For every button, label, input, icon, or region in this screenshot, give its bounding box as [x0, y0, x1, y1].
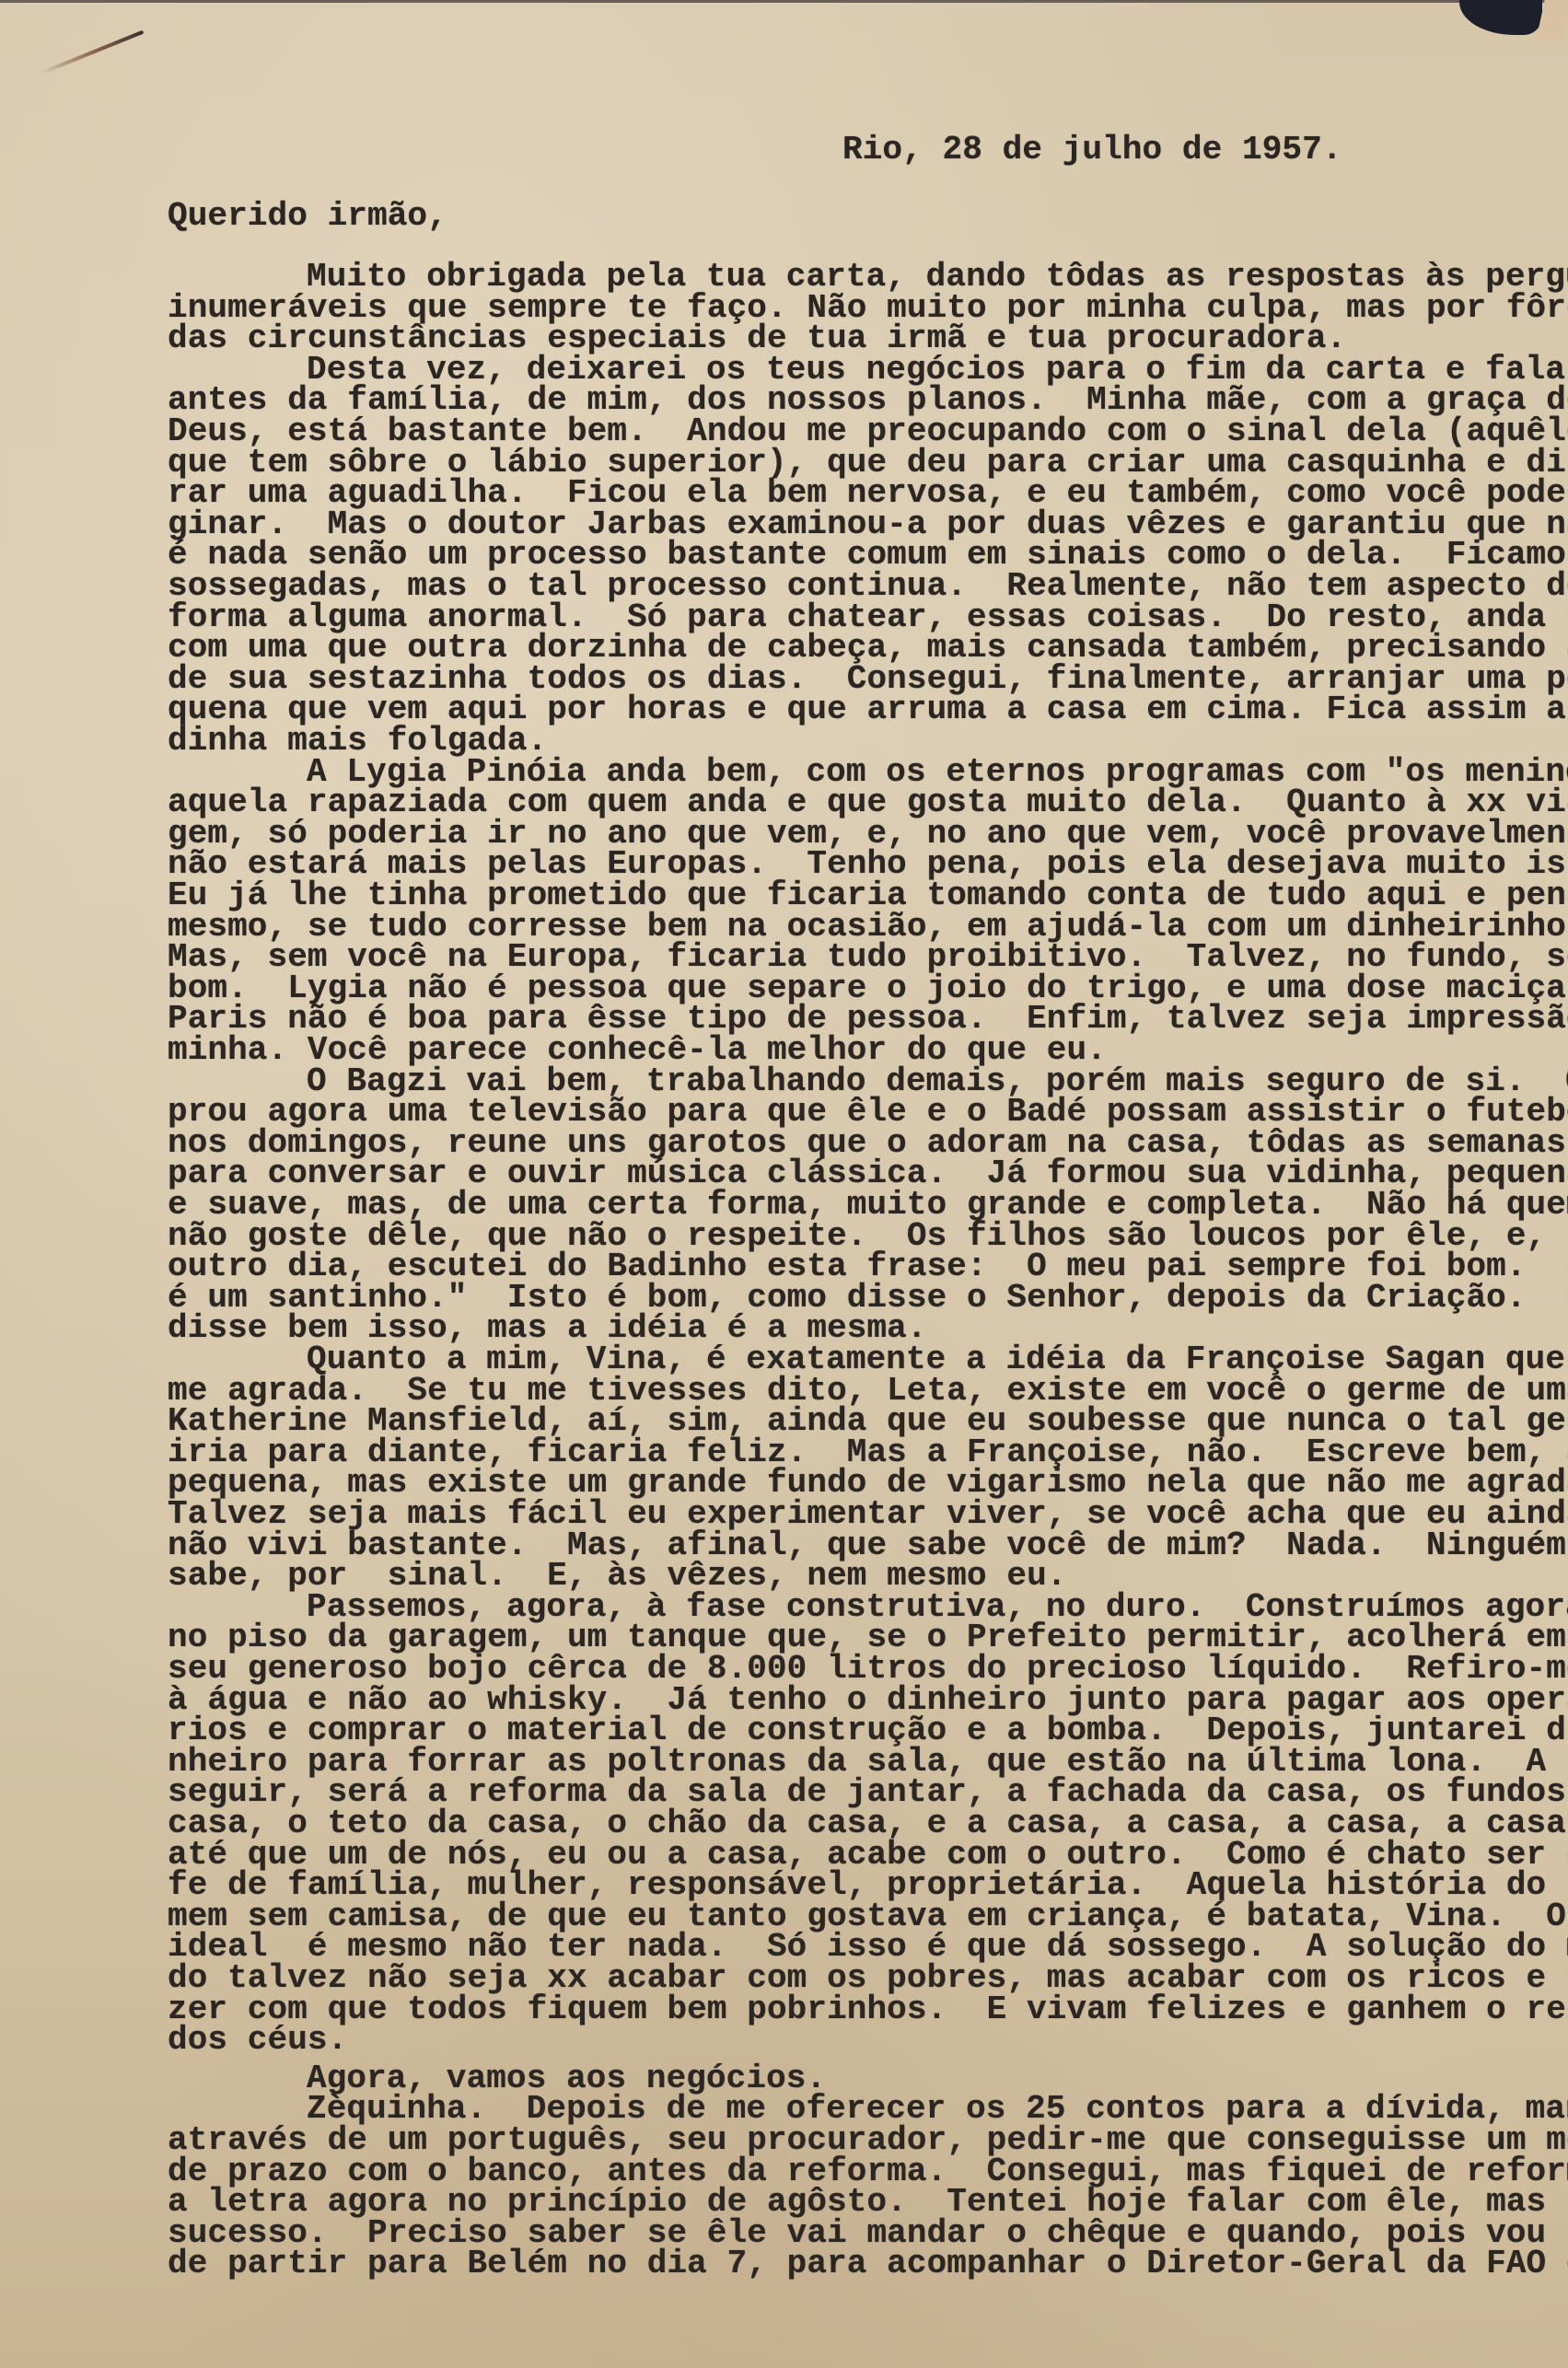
letter-line: das circunstâncias especiais de tua irmã… [168, 323, 1346, 354]
letter-line: de partir para Belém no dia 7, para acom… [168, 2248, 1568, 2280]
letter-line: quena que vem aqui por horas e que arrum… [168, 694, 1568, 725]
letter-line: dinha mais folgada. [168, 725, 547, 757]
letter-line: casa, o teto da casa, o chão da casa, e … [168, 1808, 1568, 1840]
letter-line: Katherine Mansfield, aí, sim, ainda que … [168, 1406, 1568, 1437]
letter-line: Eu já lhe tinha prometido que ficaria to… [168, 880, 1568, 911]
paper-corner-shadow [1459, 0, 1542, 35]
letter-line: através de um português, seu procurador,… [168, 2125, 1568, 2156]
letter-line: seu generoso bojo cêrca de 8.000 litros … [168, 1654, 1568, 1685]
letter-line: zer com que todos fiquem bem pobrinhos. … [168, 1994, 1568, 2026]
letter-line: Mas, sem você na Europa, ficaria tudo pr… [168, 942, 1568, 973]
paragraph-first-line: Quanto a mim, Vina, é exatamente a idéia… [307, 1344, 1568, 1376]
letter-line: aquela rapaziada com quem anda e que gos… [168, 787, 1568, 818]
letter-line: no piso da garagem, um tanque que, se o … [168, 1622, 1566, 1654]
paragraph-first-line: Zèquinha. Depois de me oferecer os 25 co… [307, 2094, 1568, 2125]
paragraph-first-line: Muito obrigada pela tua carta, dando tôd… [307, 261, 1568, 293]
letter-line: fe de família, mulher, responsável, prop… [168, 1870, 1568, 1901]
letter-line: dos céus. [168, 2025, 347, 2056]
letter-line: antes da família, de mim, dos nossos pla… [168, 385, 1568, 416]
letter-line: ideal é mesmo não ter nada. Só isso é qu… [168, 1932, 1568, 1963]
letter-line: sabe, por sinal. E, às vêzes, nem mesmo … [168, 1561, 1066, 1592]
letter-line: rar uma aguadilha. Ficou ela bem nervosa… [168, 478, 1568, 509]
letter-line: é nada senão um processo bastante comum … [168, 540, 1568, 571]
letter-line: sossegadas, mas o tal processo continua.… [168, 571, 1568, 602]
letter-line: seguir, será a reforma da sala de jantar… [168, 1777, 1568, 1808]
letter-line: minha. Você parece conhecê-la melhor do … [168, 1035, 1107, 1066]
letter-line: com uma que outra dorzinha de cabeça, ma… [168, 633, 1568, 664]
letter-paper: Rio, 28 de julho de 1957. Querido irmão,… [0, 0, 1568, 2368]
letter-line: prou agora uma televisão para que êle e … [168, 1097, 1568, 1128]
letter-salutation: Querido irmão, [168, 197, 447, 235]
letter-line: Talvez seja mais fácil eu experimentar v… [168, 1499, 1568, 1530]
letter-line: pequena, mas existe um grande fundo de v… [168, 1468, 1568, 1499]
letter-line: outro dia, escutei do Badinho esta frase… [168, 1251, 1568, 1283]
letter-line: e suave, mas, de uma certa forma, muito … [168, 1190, 1568, 1221]
letter-line: do talvez não seja xx acabar com os pobr… [168, 1963, 1568, 1994]
letter-line: Paris não é boa para êsse tipo de pessoa… [168, 1004, 1568, 1035]
letter-dateline: Rio, 28 de julho de 1957. [842, 131, 1342, 168]
paper-top-edge [0, 0, 1568, 3]
letter-line: Deus, está bastante bem. Andou me preocu… [168, 416, 1568, 447]
letter-line: disse bem isso, mas a idéia é a mesma. [168, 1313, 927, 1344]
letter-line: rios e comprar o material de construção … [168, 1715, 1568, 1747]
letter-line: para conversar e ouvir música clássica. … [168, 1158, 1568, 1190]
letter-line: a letra agora no princípio de agôsto. Te… [168, 2187, 1568, 2218]
letter-line: não estará mais pelas Europas. Tenho pen… [168, 849, 1568, 880]
paper-crease-mark [41, 30, 145, 75]
